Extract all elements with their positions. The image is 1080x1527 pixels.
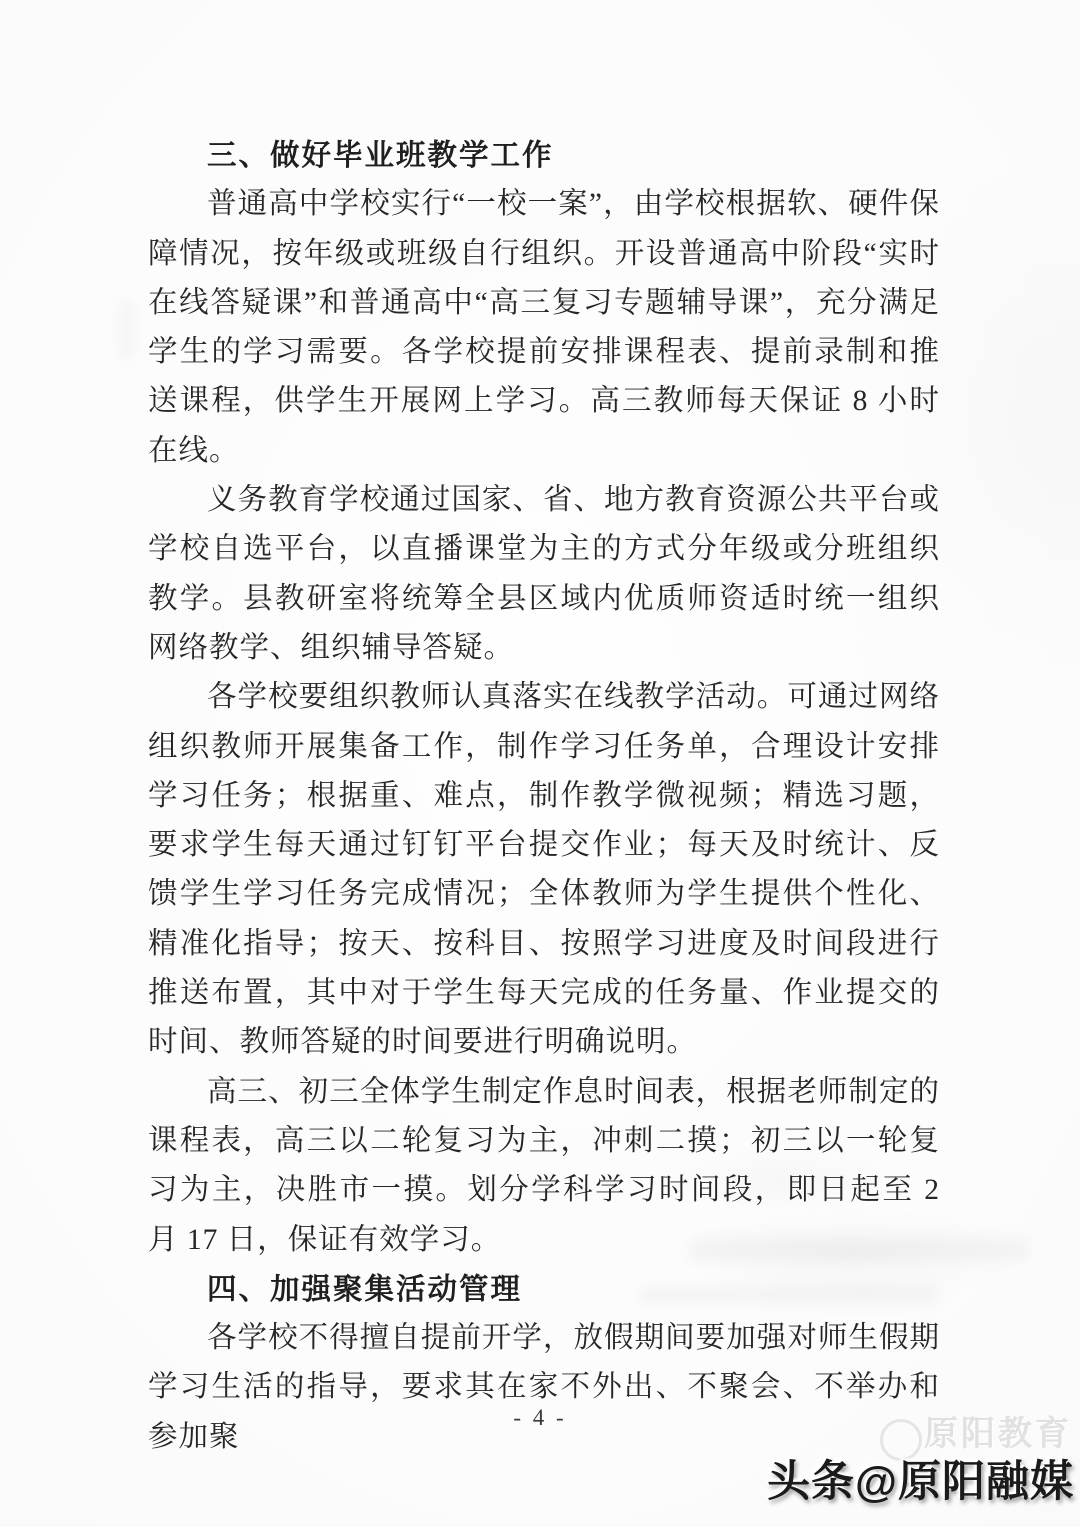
paragraph-compulsory-education: 义务教育学校通过国家、省、地方教育资源公共平台或学校自选平台，以直播课堂为主的方… bbox=[148, 476, 940, 673]
section-heading-3: 三、做好毕业班教学工作 bbox=[148, 131, 940, 180]
scan-bleed-artifact bbox=[690, 1238, 1030, 1260]
paragraph-grade-review-schedule: 高三、初三全体学生制定作息时间表，根据老师制定的课程表，高三以二轮复习为主，冲刺… bbox=[148, 1068, 940, 1265]
paragraph-high-school-plan: 普通高中学校实行“一校一案”，由学校根据软、硬件保障情况，按年级或班级自行组织。… bbox=[148, 180, 940, 476]
scan-bleed-artifact bbox=[120, 300, 134, 360]
document-page: 三、做好毕业班教学工作 普通高中学校实行“一校一案”，由学校根据软、硬件保障情况… bbox=[0, 0, 1080, 1527]
paragraph-teacher-online-activities: 各学校要组织教师认真落实在线教学活动。可通过网络组织教师开展集备工作，制作学习任… bbox=[148, 673, 940, 1067]
watermark-headline-badge: 头条@原阳融媒 bbox=[767, 1448, 1074, 1509]
paragraph-no-early-opening: 各学校不得擅自提前开学，放假期间要加强对师生假期学习生活的指导，要求其在家不外出… bbox=[148, 1314, 940, 1462]
scan-bleed-artifact bbox=[640, 1286, 940, 1304]
document-body: 三、做好毕业班教学工作 普通高中学校实行“一校一案”，由学校根据软、硬件保障情况… bbox=[148, 131, 940, 1462]
